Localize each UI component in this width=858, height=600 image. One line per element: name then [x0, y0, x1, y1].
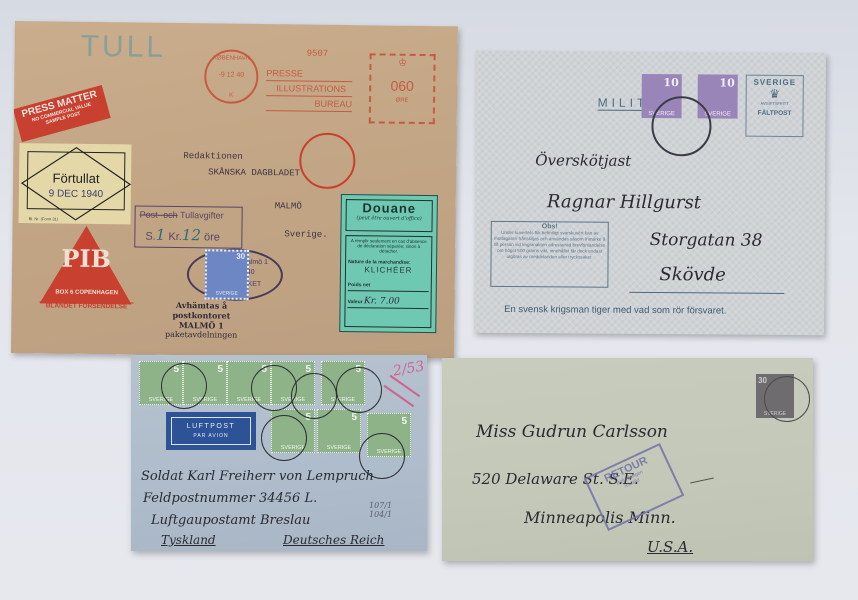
goteborg-postmark [291, 373, 337, 419]
address-line: Soldat Karl Freiherr von Lempruch [141, 469, 374, 484]
address-line: Miss Gudrun Carlsson [476, 422, 668, 442]
address-line: Överskötjast [535, 151, 631, 170]
address-line: Skövde [659, 264, 726, 285]
customs-fee-box: Post- och Tullavgifter S.1 Kr.12 öre [134, 205, 243, 248]
address-line: Redaktionen [183, 151, 243, 162]
pencil-arrow [690, 478, 714, 484]
meter-slogan: PRESSE ILLUSTRATIONS BUREAU [266, 66, 353, 112]
stockholm-postmark [651, 96, 711, 156]
meter-stamp: ♔ 060 ØRE [369, 53, 436, 124]
stamp-30-ore-blue: 30 SVERIGE [205, 249, 250, 300]
douane-customs-label: Douane (peut être ouvert d'office) A rem… [339, 194, 438, 333]
motto-text: En svensk krigsman tiger med vad som rör… [504, 304, 726, 317]
goteborg-postmark [251, 365, 297, 411]
address-line: Deutsches Reich [283, 533, 384, 547]
address-line: Sverige. [284, 229, 327, 240]
press-matter-label: PRESS MATTER NO COMMERCIAL VALUE SAMPLE … [13, 85, 111, 142]
faltpost-indicium: SVERIGE ♛ AVGIFTSFRITT FÄLTPOST [745, 75, 803, 137]
envelope-minneapolis: 30 SVERIGE Miss Gudrun Carlsson 520 Dela… [442, 358, 813, 561]
pib-logo-text: PIB [40, 243, 132, 273]
address-line: Storgatan 38 [650, 230, 763, 251]
goteborg-postmark [161, 363, 207, 409]
envelope-military-letter-sheet: MILIT 10 SVERIGE 10 SVERIGE SVERIGE ♛ AV… [474, 51, 826, 335]
pib-box-text: BOX 6 COPENHAGEN [52, 289, 122, 296]
goteborg-postmark [261, 415, 307, 461]
pencil-note: 107/1 104/1 [369, 501, 399, 519]
meter-number: 9507 [307, 49, 329, 59]
copenhagen-postmark: KØBENHAVN -9 12 40 K [204, 49, 259, 104]
red-crayon-mark: 2/53 [392, 358, 426, 379]
pickup-note: Avhämtas å postkontoret MALMÖ 1 paketavd… [146, 300, 256, 341]
address-underline [629, 292, 784, 294]
circular-postmark [764, 376, 810, 422]
red-circular-cancel [299, 132, 356, 189]
tull-handwritten-mark: TULL [80, 30, 166, 65]
crown-icon: ♔ [371, 57, 433, 69]
fortullat-label: Förtullat 9 DEC 1940 Bl. Nr. (Form 31) [19, 143, 132, 224]
envelope-luftpost-breslau: 5SVERIGE5SVERIGE5SVERIGE5SVERIGE5SVERIGE… [131, 355, 427, 551]
goteborg-postmark [336, 367, 382, 413]
luftpost-label: LUFTPOST PAR AVION [166, 412, 256, 450]
envelope-press-matter-copenhagen: TULL KØBENHAVN -9 12 40 K 9507 PRESSE IL… [11, 21, 458, 358]
crown-icon: ♛ [747, 87, 803, 101]
address-line: Ragnar Hillgurst [547, 191, 701, 213]
address-line: U.S.A. [647, 538, 693, 556]
address-line: SKÅNSKA DAGBLADET [208, 167, 300, 178]
address-line: Feldpostnummer 34456 L. [143, 491, 317, 506]
obs-notice-box: Obs! Under kuvertets flik befintligt sva… [490, 221, 608, 288]
address-line: Luftgaupostamt Breslau [151, 513, 310, 528]
address-line: MALMÖ [275, 201, 302, 211]
pib-blandet-text: BLANDET FORSENDELSE [39, 301, 133, 310]
address-line: Tyskland [161, 533, 216, 547]
